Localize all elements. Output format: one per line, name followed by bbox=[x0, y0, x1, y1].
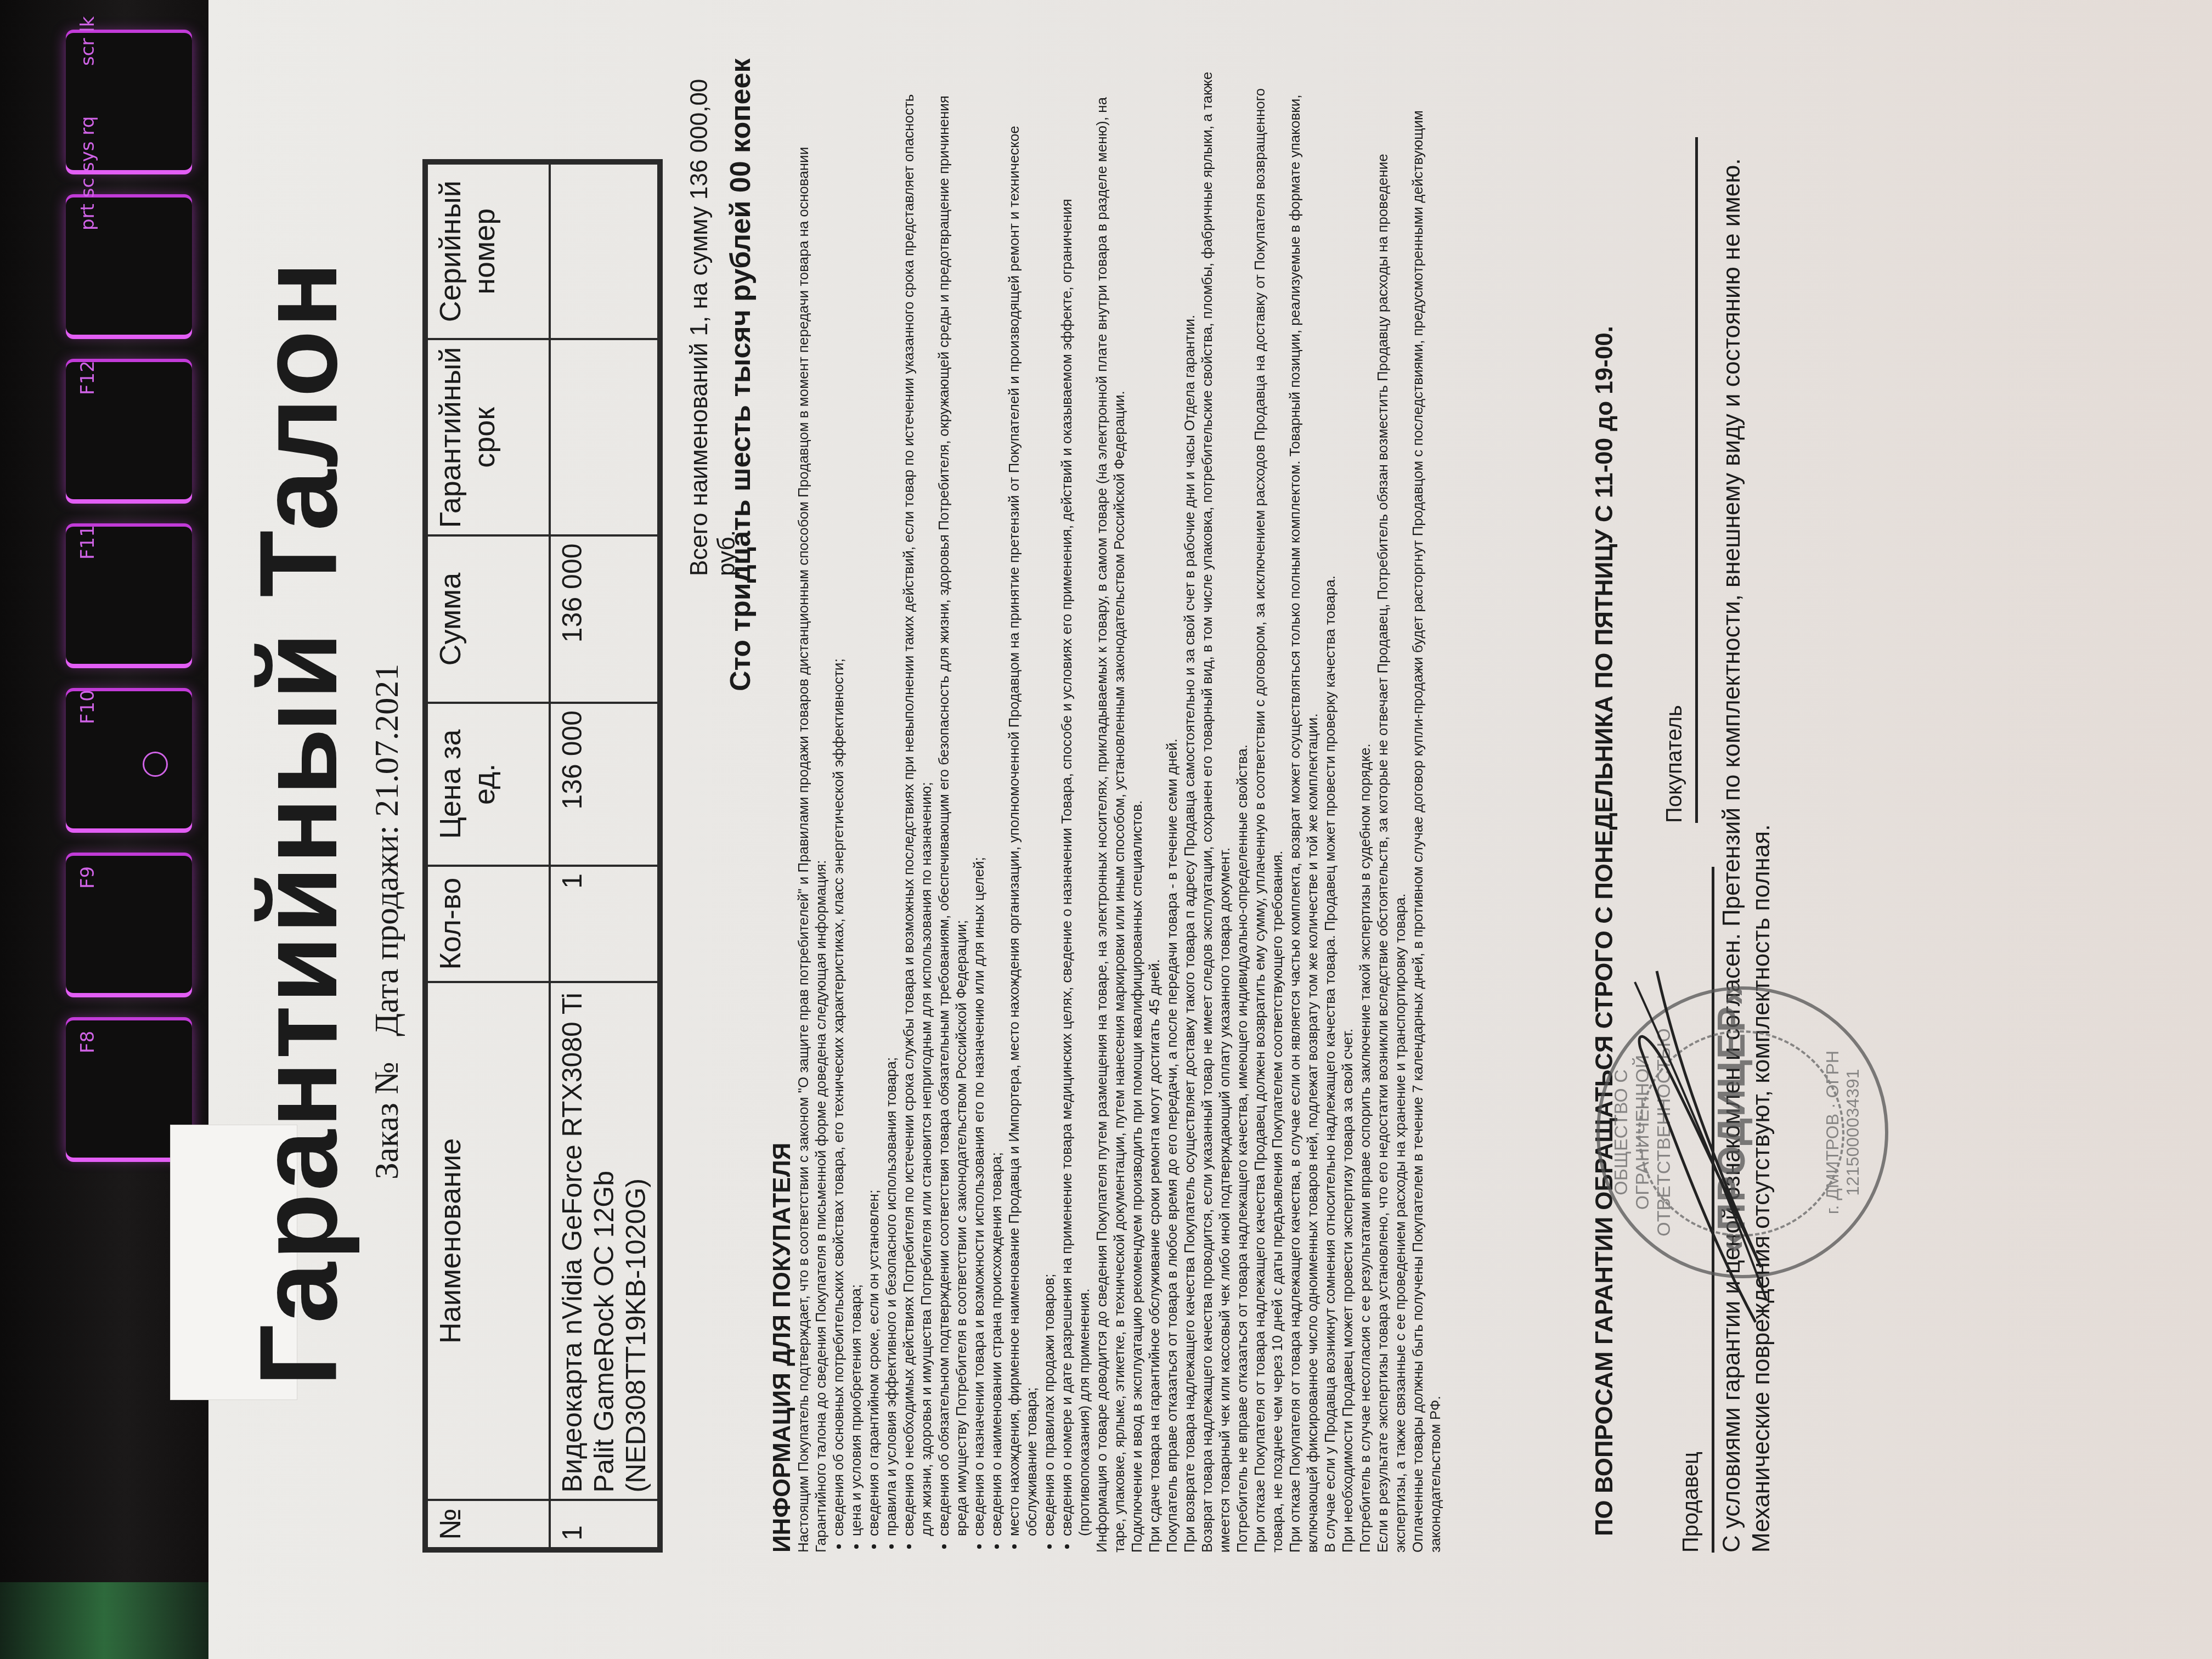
info-paragraph: Потребитель не вправе отказаться от това… bbox=[1233, 71, 1251, 1553]
info-bullet: сведения об основных потребительских сво… bbox=[830, 71, 847, 1536]
row-serial bbox=[550, 162, 660, 339]
keyboard-background: scr lk prt sc sys rq F12 F11 F10 F9 F8 bbox=[0, 0, 208, 1659]
info-bullet: сведения о гарантийном сроке, если он ус… bbox=[865, 71, 882, 1536]
row-number: 1 bbox=[550, 1500, 660, 1550]
info-bullet: сведения о наименовании страна происхожд… bbox=[988, 71, 1005, 1536]
row-name: Видеокарта nVidia GeForce RTX3080 Ti Pal… bbox=[550, 982, 660, 1500]
info-paragraph: Потребитель в случае несогласия с ее рез… bbox=[1356, 71, 1374, 1553]
info-bullet: сведения о номере и дате разрешения на п… bbox=[1058, 71, 1093, 1536]
info-bullet: сведения о необходимых действиях Потреби… bbox=[900, 71, 935, 1536]
seller-label: Продавец bbox=[1679, 1452, 1703, 1553]
key-label: F8 bbox=[77, 1031, 99, 1053]
info-bullet: сведения об обязательном подтверждении с… bbox=[935, 71, 970, 1536]
col-serial: Серийный номер bbox=[425, 162, 550, 339]
table-row: 1 Видеокарта nVidia GeForce RTX3080 Ti P… bbox=[550, 162, 660, 1550]
info-bullet: сведения о правилах продажи товаров; bbox=[1040, 71, 1058, 1536]
info-paragraph: Покупатель вправе отказаться от товара в… bbox=[1163, 71, 1181, 1553]
items-table: № Наименование Кол-во Цена за ед. Сумма … bbox=[422, 159, 663, 1553]
buyer-label: Покупатель bbox=[1662, 705, 1687, 823]
info-paragraph: Информация о товаре доводится до сведени… bbox=[1093, 71, 1128, 1553]
table-header-row: № Наименование Кол-во Цена за ед. Сумма … bbox=[425, 162, 550, 1550]
handwritten-signature bbox=[1618, 949, 1783, 1333]
key-f10: F10 bbox=[66, 691, 192, 828]
info-paragraph: Возврат товара надлежащего качества пров… bbox=[1198, 71, 1233, 1553]
sale-date-label: Дата продажи: bbox=[368, 825, 405, 1036]
row-warranty bbox=[550, 339, 660, 535]
totals-in-words: Сто тридцать шесть тысяч рублей 00 копее… bbox=[724, 59, 757, 691]
col-total: Сумма bbox=[425, 535, 550, 702]
row-qty: 1 bbox=[550, 866, 660, 982]
key-label: F10 bbox=[77, 690, 99, 724]
key-f12: F12 bbox=[66, 362, 192, 499]
col-number: № bbox=[425, 1500, 550, 1550]
keyboard-glow bbox=[0, 1582, 208, 1659]
info-paragraph: Если в результате экспертизы товара уста… bbox=[1374, 71, 1409, 1553]
key-label: prt sc sys rq bbox=[77, 116, 99, 230]
info-bullet: цена и условия приобретения товара; bbox=[847, 71, 865, 1536]
info-bullet: правила и условия эффективного и безопас… bbox=[882, 71, 900, 1536]
stamp-bottom-text: г. ДМИТРОВ · ОГРН 1215000034391 bbox=[1822, 990, 1863, 1275]
order-info: Заказ № Дата продажи: 21.07.2021 bbox=[368, 664, 407, 1180]
info-paragraph: Оплаченные товары должны быть получены П… bbox=[1409, 71, 1444, 1553]
col-unit-price: Цена за ед. bbox=[425, 703, 550, 866]
info-intro: Настоящим Покупатель подтверждает, что в… bbox=[794, 71, 830, 1553]
info-paragraph: При сдаче товара на гарантийное обслужив… bbox=[1145, 71, 1163, 1553]
info-paragraph: При возврате товара надлежащего качества… bbox=[1181, 71, 1198, 1553]
key-label: F12 bbox=[77, 360, 99, 395]
info-paragraph: Подключение и ввод в эксплуатацию рекоме… bbox=[1128, 71, 1145, 1553]
buyer-info-section: ИНФОРМАЦИЯ ДЛЯ ПОКУПАТЕЛЯ Настоящим Поку… bbox=[774, 71, 1444, 1553]
key-label: scr lk bbox=[77, 16, 99, 66]
buyer-signature-line bbox=[1695, 137, 1698, 823]
info-bullets: сведения об основных потребительских сво… bbox=[830, 71, 1093, 1553]
info-paragraph: При отказе Покупателя от товара надлежащ… bbox=[1286, 71, 1321, 1553]
info-bullet: сведения о назначении товара и возможнос… bbox=[970, 71, 988, 1536]
info-bullet: место нахождения, фирменное наименование… bbox=[1005, 71, 1040, 1536]
info-paragraph: При необходимости Продавец может провест… bbox=[1339, 71, 1356, 1553]
info-paragraph: При отказе Покупателя от товара надлежащ… bbox=[1251, 71, 1286, 1553]
contact-hours: ПО ВОПРОСАМ ГАРАНТИИ ОБРАЩАТЬСЯ СТРОГО С… bbox=[1591, 110, 1618, 1536]
document-title: Гарантийный Талон bbox=[236, 219, 362, 1426]
warranty-document: Гарантийный Талон Заказ № Дата продажи: … bbox=[236, 55, 1607, 1618]
key-label: F11 bbox=[77, 525, 99, 560]
game-mode-icon bbox=[143, 752, 168, 777]
order-label: Заказ № bbox=[368, 1062, 405, 1180]
key-f9: F9 bbox=[66, 856, 192, 993]
key-print-screen: prt sc sys rq bbox=[66, 198, 192, 335]
sale-date: 21.07.2021 bbox=[368, 664, 405, 817]
col-qty: Кол-во bbox=[425, 866, 550, 982]
row-total: 136 000 bbox=[550, 535, 660, 702]
info-paragraph: В случае если у Продавца возникнут сомне… bbox=[1321, 71, 1339, 1553]
info-heading: ИНФОРМАЦИЯ ДЛЯ ПОКУПАТЕЛЯ bbox=[774, 71, 791, 1553]
key-f11: F11 bbox=[66, 527, 192, 664]
info-paragraphs: Информация о товаре доводится до сведени… bbox=[1093, 71, 1444, 1553]
col-name: Наименование bbox=[425, 982, 550, 1500]
key-label: F9 bbox=[77, 866, 99, 889]
col-warranty: Гарантийный срок bbox=[425, 339, 550, 535]
row-unit-price: 136 000 bbox=[550, 703, 660, 866]
